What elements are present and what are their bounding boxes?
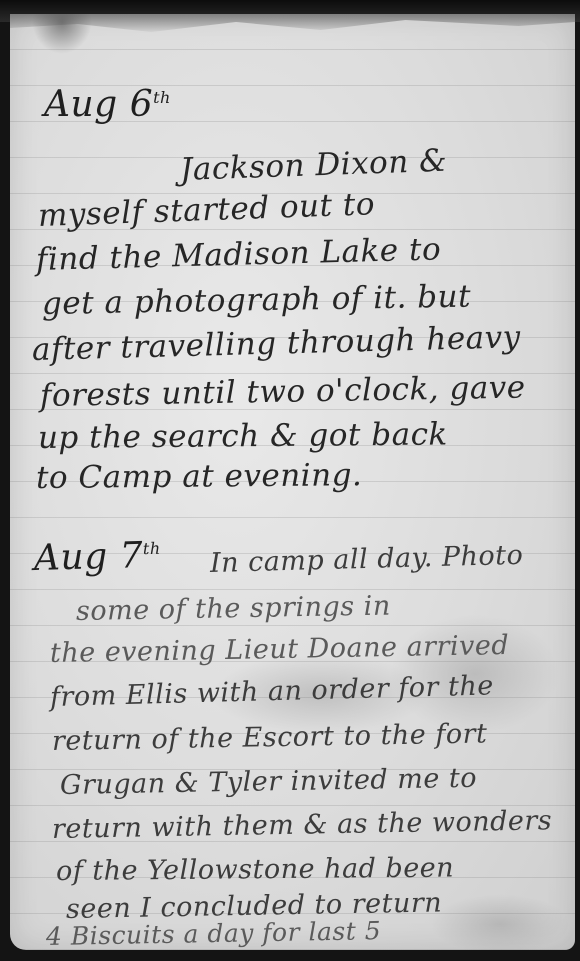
date-suffix: th (143, 539, 161, 558)
entry-line: up the search & got back (38, 416, 448, 456)
entry-line: forests until two o'clock, gave (40, 370, 526, 414)
entry-line: get a photograph of it. but (42, 279, 472, 322)
ink-smudge (430, 894, 570, 950)
date-month: Aug (33, 536, 108, 579)
scan-frame: Aug 6th Jackson Dixon & myself started o… (0, 0, 580, 961)
entry-date: Aug 6th (44, 84, 171, 125)
footer-note: 4 Biscuits a day for last 5 (46, 916, 382, 950)
entry-line: return of the Escort to the fort (52, 718, 488, 757)
entry-line: after travelling through heavy (32, 319, 522, 368)
diary-page: Aug 6th Jackson Dixon & myself started o… (10, 14, 575, 950)
date-day: 6 (130, 84, 153, 125)
entry-line: find the Madison Lake to (36, 231, 442, 278)
torn-top-edge (10, 14, 575, 34)
entry-line: some of the springs in (76, 591, 391, 627)
entry-date: Aug 7th (33, 535, 161, 579)
date-suffix: th (153, 88, 171, 107)
entry-line: myself started out to (37, 186, 375, 234)
entry-line: Jackson Dixon & (179, 143, 447, 188)
entry-first-line: In camp all day. Photo (210, 540, 524, 579)
entry-line: to Camp at evening. (36, 457, 363, 496)
entry-line: Grugan & Tyler invited me to (60, 763, 478, 801)
entry-line: of the Yellowstone had been (56, 853, 454, 887)
date-month: Aug (44, 84, 118, 125)
entry-line: return with them & as the wonders (52, 805, 553, 845)
torn-corner (32, 14, 92, 54)
date-day: 7 (119, 535, 143, 577)
